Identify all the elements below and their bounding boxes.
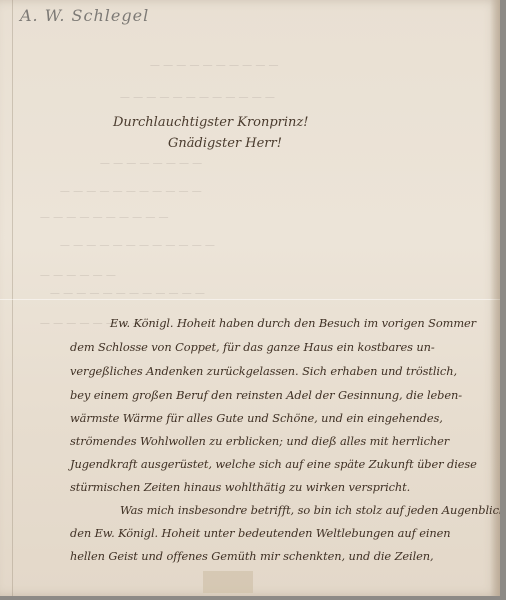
body-line: hellen Geist und offenes Gemüth mir sche… [70, 549, 434, 563]
body-line: stürmischen Zeiten hinaus wohlthätig zu … [70, 480, 410, 494]
body-line: strömendes Wohlwollen zu erblicken; und … [70, 434, 449, 448]
bleed-through-line: — — — — — — [37, 270, 118, 281]
body-line: Ew. Königl. Hoheit haben durch den Besuc… [110, 316, 476, 330]
body-line: bey einem großen Beruf den reinsten Adel… [70, 388, 462, 402]
body-line: vergeßliches Andenken zurückgelassen. Si… [70, 364, 457, 378]
bleed-through-line: — — — — — — — — — — — — [47, 288, 207, 299]
paper-fold-horizontal [0, 299, 500, 300]
body-line: Jugendkraft ausgerüstet, welche sich auf… [70, 457, 477, 471]
body-line: dem Schlosse von Coppet, für das ganze H… [70, 340, 435, 354]
body-line: Was mich insbesondre betrifft, so bin ic… [120, 503, 500, 517]
body-line: den Ew. Königl. Hoheit unter bedeutenden… [70, 526, 451, 540]
bleed-through-line: — — — — — — — — [97, 158, 204, 169]
bleed-through-line: — — — — — — — — — — [147, 60, 281, 71]
pencil-annotation: A. W. Schlegel [20, 6, 149, 25]
bleed-through-line: — — — — — — — — — — — [57, 186, 204, 197]
paper-fold-vertical [12, 0, 13, 596]
salutation-line-2: Gnädigster Herr! [168, 136, 282, 151]
bleed-through-line: — — — — — — — — — — — — [57, 240, 217, 251]
body-line: wärmste Wärme für alles Gute und Schöne,… [70, 411, 443, 425]
bleed-through-line: — — — — — — — — — — [37, 212, 171, 223]
paper-tape-mark [203, 571, 253, 593]
letter-page: A. W. Schlegel — — — — — — — — — — — — —… [0, 0, 500, 596]
salutation-line-1: Durchlauchtigster Kronprinz! [113, 115, 309, 130]
bleed-through-line: — — — — — — — — — — — — [117, 92, 277, 103]
